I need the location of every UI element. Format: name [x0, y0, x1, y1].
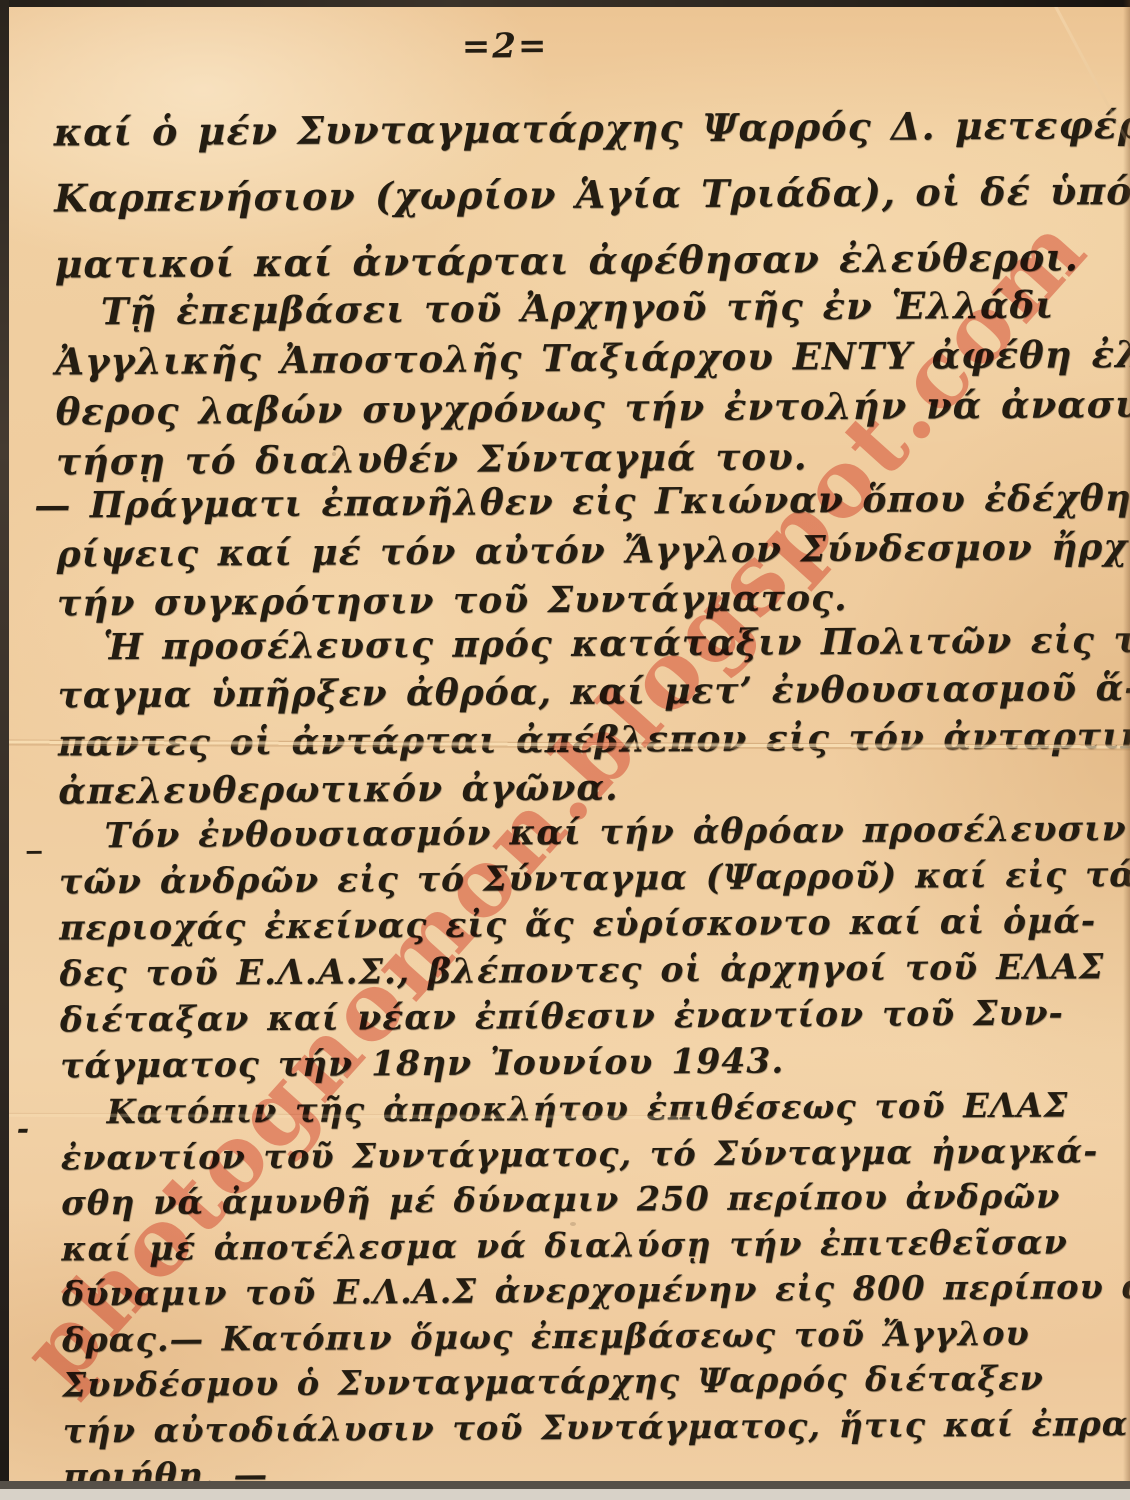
handwritten-line: περιοχάς ἐκείνας εἰς ἅς εὑρίσκοντο καί α…: [59, 898, 1121, 951]
handwritten-line: Καρπενήσιον (χωρίον Ἁγία Τριάδα), οἱ δέ …: [54, 158, 1116, 231]
scan-edge-bottom: [0, 1489, 1130, 1500]
handwritten-line: τάγματος τήν 18ην Ἰουνίου 1943.: [60, 1036, 1122, 1089]
handwritten-line: τῶν ἀνδρῶν εἰς τό Σύνταγμα (Ψαρροῦ) καί …: [59, 852, 1121, 905]
handwritten-line: καί ὁ μέν Συνταγματάρχης Ψαρρός Δ. μετεφ…: [53, 92, 1115, 165]
paragraph-3: — Πράγματι ἐπανῆλθεν εἰς Γκιώναν ὅπου ἐδ…: [56, 474, 1119, 628]
ink-speck: [1088, 120, 1093, 124]
handwritten-line: τήν αὐτοδιάλυσιν τοῦ Συντάγματος, ἥτις κ…: [63, 1401, 1125, 1454]
handwritten-line: ρίψεις καί μέ τόν αὐτόν Ἄγγλον Σύνδεσμον…: [56, 523, 1118, 579]
handwritten-line: δύναμιν τοῦ Ε.Λ.Α.Σ ἀνερχομένην εἰς 800 …: [62, 1264, 1124, 1317]
scan-edge-right: [1123, 0, 1130, 1500]
handwritten-line: δρας.— Κατόπιν ὅμως ἐπεμβάσεως τοῦ Ἄγγλο…: [62, 1310, 1124, 1363]
handwritten-line: διέταξαν καί νέαν ἐπίθεσιν ἐναντίον τοῦ …: [60, 990, 1122, 1043]
ink-speck: [332, 452, 336, 456]
scan-edge-bottom-line: [0, 1481, 1130, 1489]
scan-edge-top: [0, 0, 1130, 7]
margin-dash-mark: -: [17, 1112, 30, 1147]
paragraph-1: καί ὁ μέν Συνταγματάρχης Ψαρρός Δ. μετεφ…: [53, 92, 1116, 297]
paragraph-5: Τόν ἐνθουσιασμόν καί τήν ἀθρόαν προσέλευ…: [58, 806, 1122, 1089]
handwritten-line: δες τοῦ Ε.Λ.Α.Σ., βλέποντες οἱ ἀρχηγοί τ…: [59, 944, 1121, 997]
handwritten-line: Συνδέσμου ὁ Συνταγματάρχης Ψαρρός διέταξ…: [62, 1355, 1124, 1408]
scan-edge-left: [0, 0, 9, 1500]
ink-speck: [570, 1222, 576, 1226]
handwritten-line: — Πράγματι ἐπανῆλθεν εἰς Γκιώναν ὅπου ἐδ…: [34, 474, 1118, 531]
margin-dash-mark: _: [26, 820, 41, 855]
handwritten-line: Ἡ προσέλευσις πρός κατάταξιν Πολιτῶν εἰς…: [57, 616, 1119, 671]
scanned-document-page: =2= καί ὁ μέν Συνταγματάρχης Ψαρρός Δ. μ…: [0, 0, 1130, 1500]
page-number: =2=: [425, 26, 585, 67]
